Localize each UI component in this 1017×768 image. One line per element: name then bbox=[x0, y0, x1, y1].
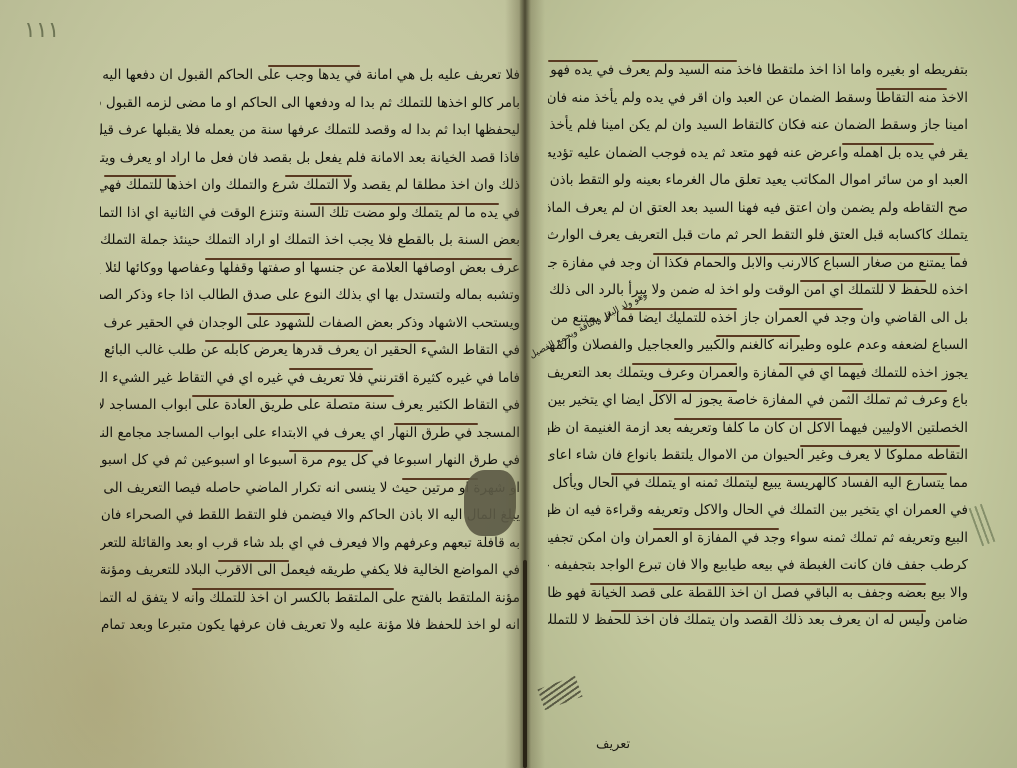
left-page-text-block: فلا تعريف عليه بل هي امانة في يدها وجب ع… bbox=[100, 62, 520, 640]
manuscript-line: ذلك وان اخذ مطلقا لم يقصد ولا التملك شرع… bbox=[100, 172, 520, 200]
folio-number: ١١١ bbox=[24, 18, 59, 43]
manuscript-line: ويستحب الاشهاد وذكر بعض الصفات للشهود عل… bbox=[100, 310, 520, 338]
manuscript-line: مؤنة الملتقط بالفتح على الملتقط بالكسر ا… bbox=[100, 585, 520, 613]
manuscript-line: باع وعرف ثم تملك الثمن في المفازة خاصة ي… bbox=[548, 387, 968, 415]
manuscript-line: امينا جاز وسقط الضمان عنه فكان كالتقاط ا… bbox=[548, 112, 968, 140]
manuscript-line: بعض السنة بل بالقطع فلا يجب اخذ التملك ا… bbox=[100, 227, 520, 255]
rubric-overline bbox=[653, 253, 960, 255]
catchword: تعريف bbox=[596, 737, 630, 752]
manuscript-line: يقر في يده بل اهمله واعرض عنه فهو متعد ث… bbox=[548, 140, 968, 168]
rubric-overline bbox=[653, 528, 779, 530]
rubric-overline bbox=[632, 60, 737, 62]
rubric-overline bbox=[611, 610, 926, 612]
manuscript-line: المسجد في طرق النهار اي يعرف في الابتداء… bbox=[100, 420, 520, 448]
rubric-overline bbox=[192, 588, 394, 590]
manuscript-line: صح التقاطه ولم يضمن وان اعتق فيه فهنا ال… bbox=[548, 195, 968, 223]
rubric-overline bbox=[289, 450, 373, 452]
manuscript-line: انه لو اخذ للحفظ فلا مؤنة عليه ولا تعريف… bbox=[100, 612, 520, 640]
rubric-overline bbox=[104, 175, 175, 177]
manuscript-line: التقاطه مملوكا لا يعرف وغير الحيوان من ا… bbox=[548, 442, 968, 470]
manuscript-line: الاخذ منه التقاطا وسقط الضمان عن العبد و… bbox=[548, 85, 968, 113]
manuscript-line: اخذه للحفظ لا للتملك اي امن الوقت ولو اخ… bbox=[548, 277, 968, 305]
manuscript-line: يجوز اخذه للتملك فيهما اي في المفازة وال… bbox=[548, 360, 968, 388]
rubric-overline bbox=[285, 175, 352, 177]
rubric-overline bbox=[205, 258, 512, 260]
manuscript-line: في المواضع الخالية فلا يكفي طريقه فيعمل … bbox=[100, 557, 520, 585]
gutter-crack bbox=[523, 560, 527, 768]
manuscript-line: يتملك كاكسابه قبل العتق فلو التقط الحر ث… bbox=[548, 222, 968, 250]
manuscript-line: فلا تعريف عليه بل هي امانة في يدها وجب ع… bbox=[100, 62, 520, 90]
manuscript-line: فاذا قصد الخيانة بعد الامانة فلم يفعل بل… bbox=[100, 145, 520, 173]
manuscript-line: كرطب جفف فان كانت الغبطة في بيعه طيابيع … bbox=[548, 552, 968, 580]
rubric-overline bbox=[632, 363, 737, 365]
rubric-overline bbox=[192, 395, 394, 397]
manuscript-line: او شهرة او مرتين حيث لا ينسى انه تكرار ا… bbox=[100, 475, 520, 503]
manuscript-line: وتشبه بماله ولتستدل بها اي بذلك النوع عل… bbox=[100, 282, 520, 310]
left-page: ١١١ فلا تعريف عليه بل هي امانة في يدها و… bbox=[0, 0, 520, 768]
rubric-overline bbox=[779, 308, 863, 310]
rubric-overline bbox=[394, 423, 478, 425]
rubric-overline bbox=[268, 65, 360, 67]
rubric-overline bbox=[611, 473, 947, 475]
manuscript-line: ضامن وليس له ان يعرف بعد ذلك القصد وان ي… bbox=[548, 607, 968, 635]
rubric-overline bbox=[800, 280, 926, 282]
manuscript-line: في يده ما لم يتملك ولو مضت تلك السنة وتن… bbox=[100, 200, 520, 228]
right-page: بتفريطه او بغيره واما اذا اخذ ملتقطا فاخ… bbox=[520, 0, 1017, 768]
rubric-overline bbox=[779, 363, 863, 365]
rubric-overline bbox=[624, 308, 737, 310]
manuscript-line: بامر كالو اخذها للتملك ثم بدا له ودفعها … bbox=[100, 90, 520, 118]
right-page-text-block: بتفريطه او بغيره واما اذا اخذ ملتقطا فاخ… bbox=[548, 57, 968, 635]
rubric-overline bbox=[402, 478, 478, 480]
manuscript-line: فما يمتنع من صغار السباع كالارنب والابل … bbox=[548, 250, 968, 278]
rubric-overline bbox=[653, 390, 737, 392]
manuscript-line: به قافلة تبعهم وعرفهم والا فيعرف في اي ب… bbox=[100, 530, 520, 558]
rubric-overline bbox=[548, 60, 598, 62]
manuscript-line: يبلغ المال اليه الا باذن الحاكم والا فيض… bbox=[100, 502, 520, 530]
manuscript-line: ليحفظها ابدا ثم بدا له وقصد للتملك عرفها… bbox=[100, 117, 520, 145]
rubric-overline bbox=[205, 340, 436, 342]
rubric-overline bbox=[800, 445, 960, 447]
rubric-overline bbox=[876, 88, 947, 90]
rubric-overline bbox=[842, 143, 934, 145]
manuscript-line: في العمران اي يتخير بين التملك في الحال … bbox=[548, 497, 968, 525]
rubric-overline bbox=[310, 203, 499, 205]
rubric-overline bbox=[842, 390, 947, 392]
manuscript-line: السباع لضعفه وعدم علوه وطيرانه كالغنم وا… bbox=[548, 332, 968, 360]
manuscript-line: فاما في غيره كثيرة اقترنني فلا تعريف في … bbox=[100, 365, 520, 393]
rubric-overline bbox=[674, 418, 842, 420]
manuscript-line: الخصلتين الاوليين فيهما الاكل ان كان ما … bbox=[548, 415, 968, 443]
manuscript-line: في التقاط الكثير يعرف سنة متصلة على طريق… bbox=[100, 392, 520, 420]
manuscript-line: البيع وتعريفه ثم تملك ثمنه سواء وجد في ا… bbox=[548, 525, 968, 553]
manuscript-line: عرف بعض اوصافها العلامة عن جنسها او صفته… bbox=[100, 255, 520, 283]
manuscript-line: العبد او من سائر اموال المكاتب يعيد تعلق… bbox=[548, 167, 968, 195]
manuscript-line: في طرق النهار اسبوعا في كل يوم مرة اسبوع… bbox=[100, 447, 520, 475]
rubric-overline bbox=[218, 560, 289, 562]
manuscript-line: في التقاط الشيء الحقير ان يعرف قدرها يعر… bbox=[100, 337, 520, 365]
manuscript-line: بتفريطه او بغيره واما اذا اخذ ملتقطا فاخ… bbox=[548, 57, 968, 85]
manuscript-line: مما يتسارع اليه الفساد كالهريسة يبيع ليت… bbox=[548, 470, 968, 498]
rubric-overline bbox=[590, 583, 926, 585]
rubric-overline bbox=[247, 313, 310, 315]
rubric-overline bbox=[289, 368, 373, 370]
manuscript-line: والا بيع بعضه وجفف به الباقي فصل ان اخذ … bbox=[548, 580, 968, 608]
rubric-overline bbox=[716, 335, 800, 337]
